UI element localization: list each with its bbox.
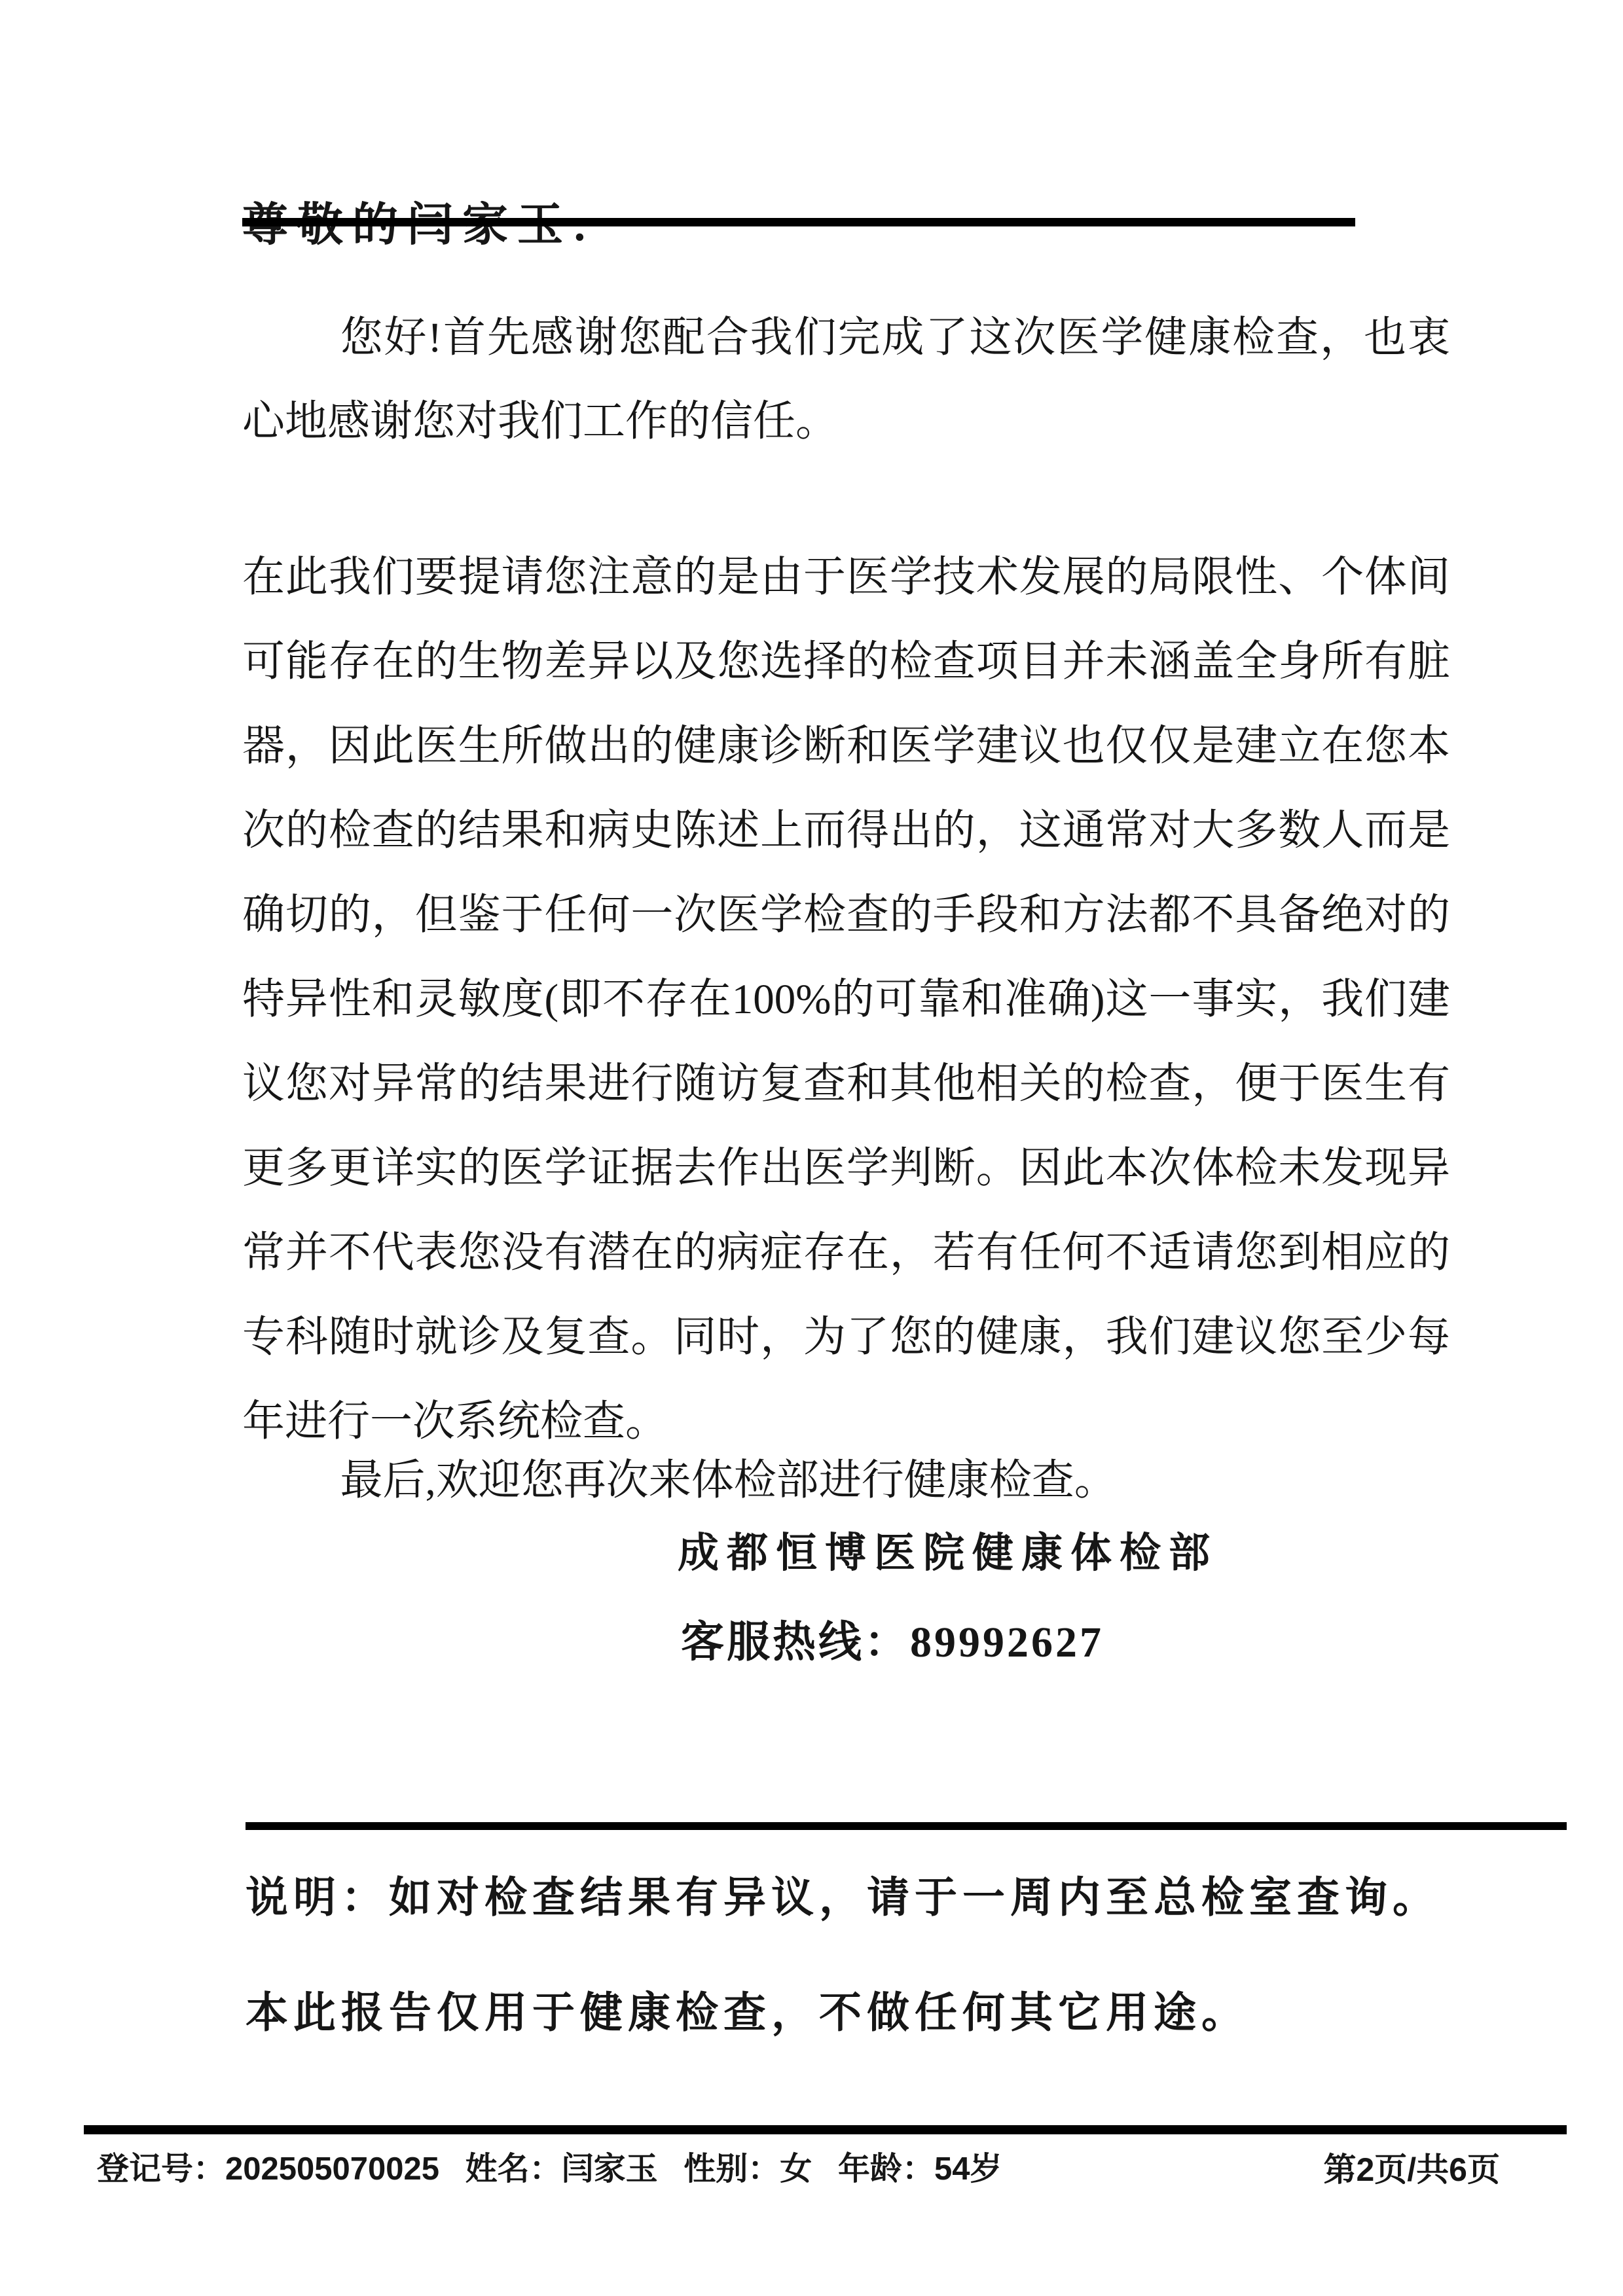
note-objection: 说明：如对检查结果有异议，请于一周内至总检室查询。 <box>246 1863 1440 1924</box>
service-hotline: 客服热线：89992627 <box>681 1607 1104 1669</box>
footer-field-age: 年龄：54岁 <box>838 2151 1002 2187</box>
document-page: 尊敬的闫家玉: 您好!首先感谢您配合我们完成了这次医学健康检查，也衷心地感谢您对… <box>0 0 1623 2296</box>
note-usage: 本此报告仅用于健康检查，不做任何其它用途。 <box>246 1978 1249 2039</box>
footer-divider <box>84 2125 1567 2134</box>
notice-paragraph: 在此我们要提请您注意的是由于医学技术发展的局限性、个体间可能存在的生物差异以及您… <box>242 535 1450 1464</box>
notes-divider <box>246 1822 1567 1830</box>
title-underline <box>242 218 1355 226</box>
closing-line: 最后,欢迎您再次来体检部进行健康检查。 <box>242 1454 1450 1507</box>
footer-field-registration: 登记号：202505070025 <box>97 2151 439 2187</box>
hospital-department-signature: 成都恒博医院健康体检部 <box>678 1520 1218 1579</box>
footer-field-gender: 性别：女 <box>684 2151 812 2187</box>
greeting-paragraph: 您好!首先感谢您配合我们完成了这次医学健康检查，也衷心地感谢您对我们工作的信任。 <box>242 296 1450 463</box>
footer-field-name: 姓名：闫家玉 <box>465 2151 658 2187</box>
footer-patient-info: 登记号：202505070025 姓名：闫家玉 性别：女 年龄：54岁 <box>97 2144 1002 2189</box>
footer-page-indicator: 第2页/共6页 <box>1323 2144 1500 2191</box>
